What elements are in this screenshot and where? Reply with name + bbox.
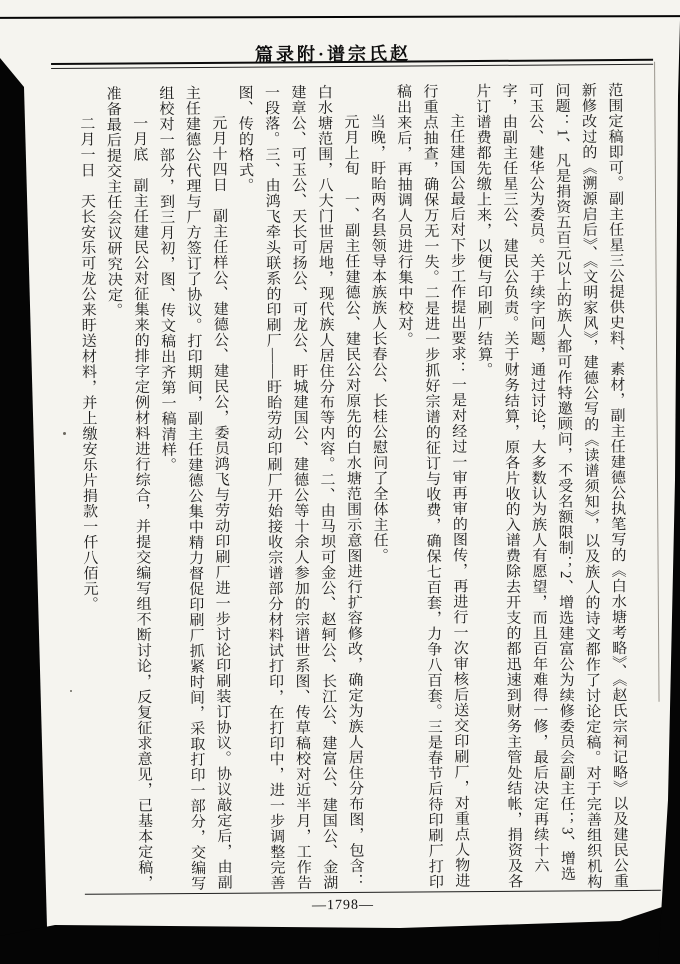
scan-speck — [356, 584, 358, 586]
page-content: 篇录附·谱宗氏赵 范围定稿即可。副主任星三公提供史料、素材，副主任建德公执笔写的… — [0, 0, 680, 964]
paragraph: 范围定稿即可。副主任星三公提供史料、素材，副主任建德公执笔写的《白水塘考略》、《… — [469, 82, 633, 891]
paragraph: 主任建国公最后对下步工作提出要求：一是对经过一审再审的图传，再进行一次审核后送交… — [390, 83, 475, 892]
page-number: —1798— — [3, 896, 680, 917]
paragraph: 元月上旬 一、副主任建德公、建民公对原先的白水塘范围示意图进行扩容修改，确定为族… — [231, 84, 369, 893]
paragraph: 元月十四日 副主任样公、建德公、建民公，委员鸿飞与劳动印刷厂进一步讨论印刷装订协… — [152, 85, 237, 894]
scan-speck — [70, 690, 72, 692]
page-edge-line — [654, 62, 659, 702]
paragraph: 一月底 副主任建民公对征集来的排字定例材料进行综合，并提交编写组不断讨论，反复征… — [99, 85, 157, 893]
paragraph: 二月一日 天长安乐可龙公来盱送材料，并上缴安乐片捐款一仟八佰元。 — [73, 86, 105, 894]
scan-speck — [63, 432, 66, 435]
text-body: 范围定稿即可。副主任星三公提供史料、素材，副主任建德公执笔写的《白水塘考略》、《… — [77, 82, 633, 894]
scanned-page: 篇录附·谱宗氏赵 范围定稿即可。副主任星三公提供史料、素材，副主任建德公执笔写的… — [0, 0, 680, 964]
